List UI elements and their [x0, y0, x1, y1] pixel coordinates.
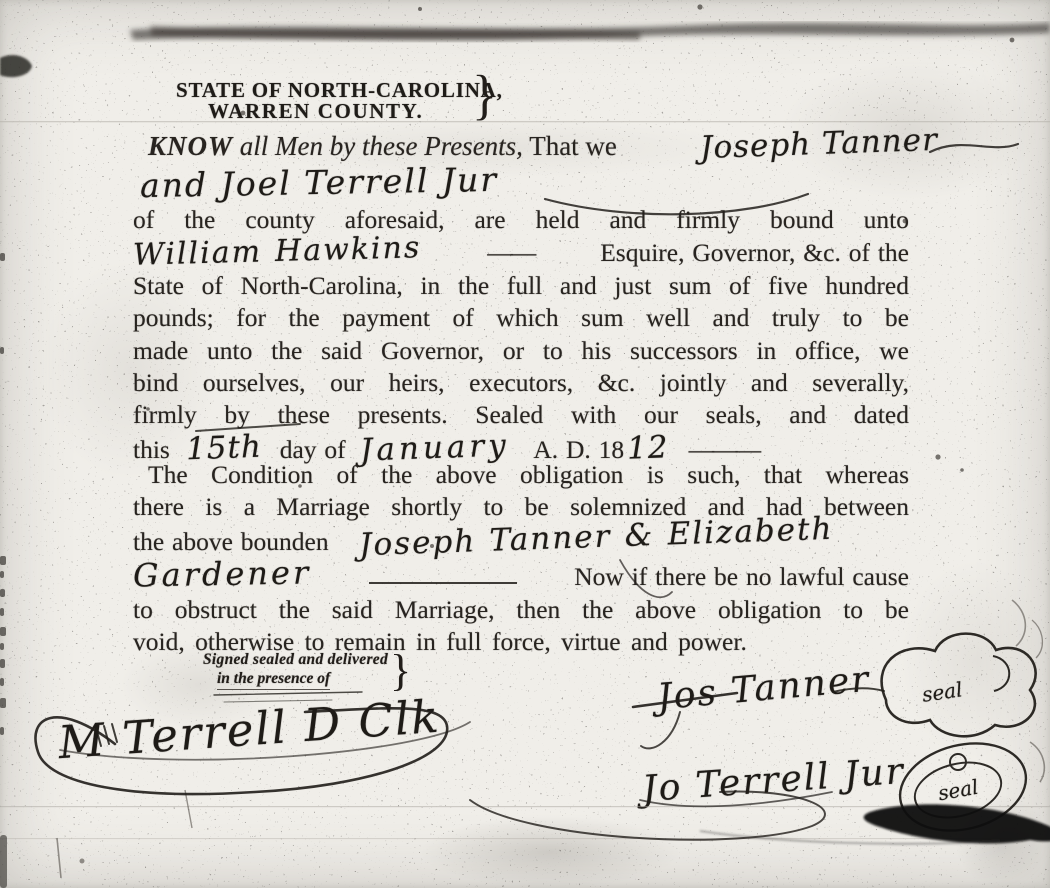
bond-line: State of North-Carolina, in the full and… [133, 270, 909, 302]
condition-paragraph: The Condition of the above obligation is… [133, 459, 909, 658]
attestation-line-2: in the presence of [217, 670, 330, 690]
bond-line: made unto the said Governor, or to his s… [133, 335, 909, 367]
top-left-ink-blob [0, 55, 32, 77]
header-county-line: WARREN COUNTY. [208, 99, 423, 124]
bond-line: pounds; for the payment of which sum wel… [133, 302, 909, 334]
opening-that-we: That we [523, 131, 617, 161]
bond-line-governor: William Hawkins —— Esquire, Governor, &c… [133, 236, 909, 269]
opening-presents: all Men by these Presents, [233, 131, 523, 161]
marriage-bond-document: STATE OF NORTH-CAROLINA, WARREN COUNTY. … [0, 0, 1050, 888]
attestation-line-1: Signed sealed and delivered [203, 651, 388, 669]
bond-line: bind ourselves, our heirs, executors, &c… [133, 367, 909, 399]
groom-seal-word: seal [921, 677, 964, 706]
opening-know: KNOW [148, 131, 233, 161]
right-edge-curls [1012, 600, 1044, 782]
groom-signature: Jos Tanner [656, 659, 872, 718]
bondsman-signature: Jo Terrell Jur [641, 751, 906, 810]
condition-surname-line: Gardener Now if there be no lawful cause [133, 558, 909, 593]
filler-dash: —— [487, 237, 534, 269]
bondsman-seal-word: seal [936, 775, 980, 806]
left-edge-marks [0, 253, 7, 888]
paper-stain [900, 560, 1050, 760]
opening-line: KNOW all Men by these Presents, That we [148, 131, 617, 162]
paper-stain [955, 795, 1050, 888]
ink-blot [700, 804, 1050, 843]
handwritten-bondsman-name: and Joel Terrell Jur [140, 160, 499, 205]
condition-line: Now if there be no lawful cause [574, 561, 909, 593]
condition-line: The Condition of the above obligation is… [133, 459, 909, 491]
condition-couple-line: the above bounden Joseph Tanner & Elizab… [133, 524, 909, 558]
attestation-brace: } [390, 645, 411, 696]
bond-paragraph: of the county aforesaid, are held and fi… [133, 204, 909, 466]
header-brace: } [472, 65, 497, 127]
bottom-left-scratches [57, 790, 192, 878]
handwritten-governor-name: William Hawkins [133, 233, 422, 273]
top-edge-stain [130, 23, 1050, 40]
witness-signature: M Terrell D Clk [57, 690, 443, 770]
bond-line: firmly by these presents. Sealed with ou… [133, 399, 909, 431]
paper-stain [420, 816, 680, 888]
bond-line: of the county aforesaid, are held and fi… [133, 204, 909, 236]
handwritten-bride-surname: Gardener [133, 557, 312, 593]
bond-line: Esquire, Governor, &c. of the [600, 237, 909, 269]
condition-line: to obstruct the said Marriage, then the … [133, 594, 909, 626]
filler-rule [369, 582, 517, 584]
handwritten-groom-name: Joseph Tanner [699, 122, 938, 166]
